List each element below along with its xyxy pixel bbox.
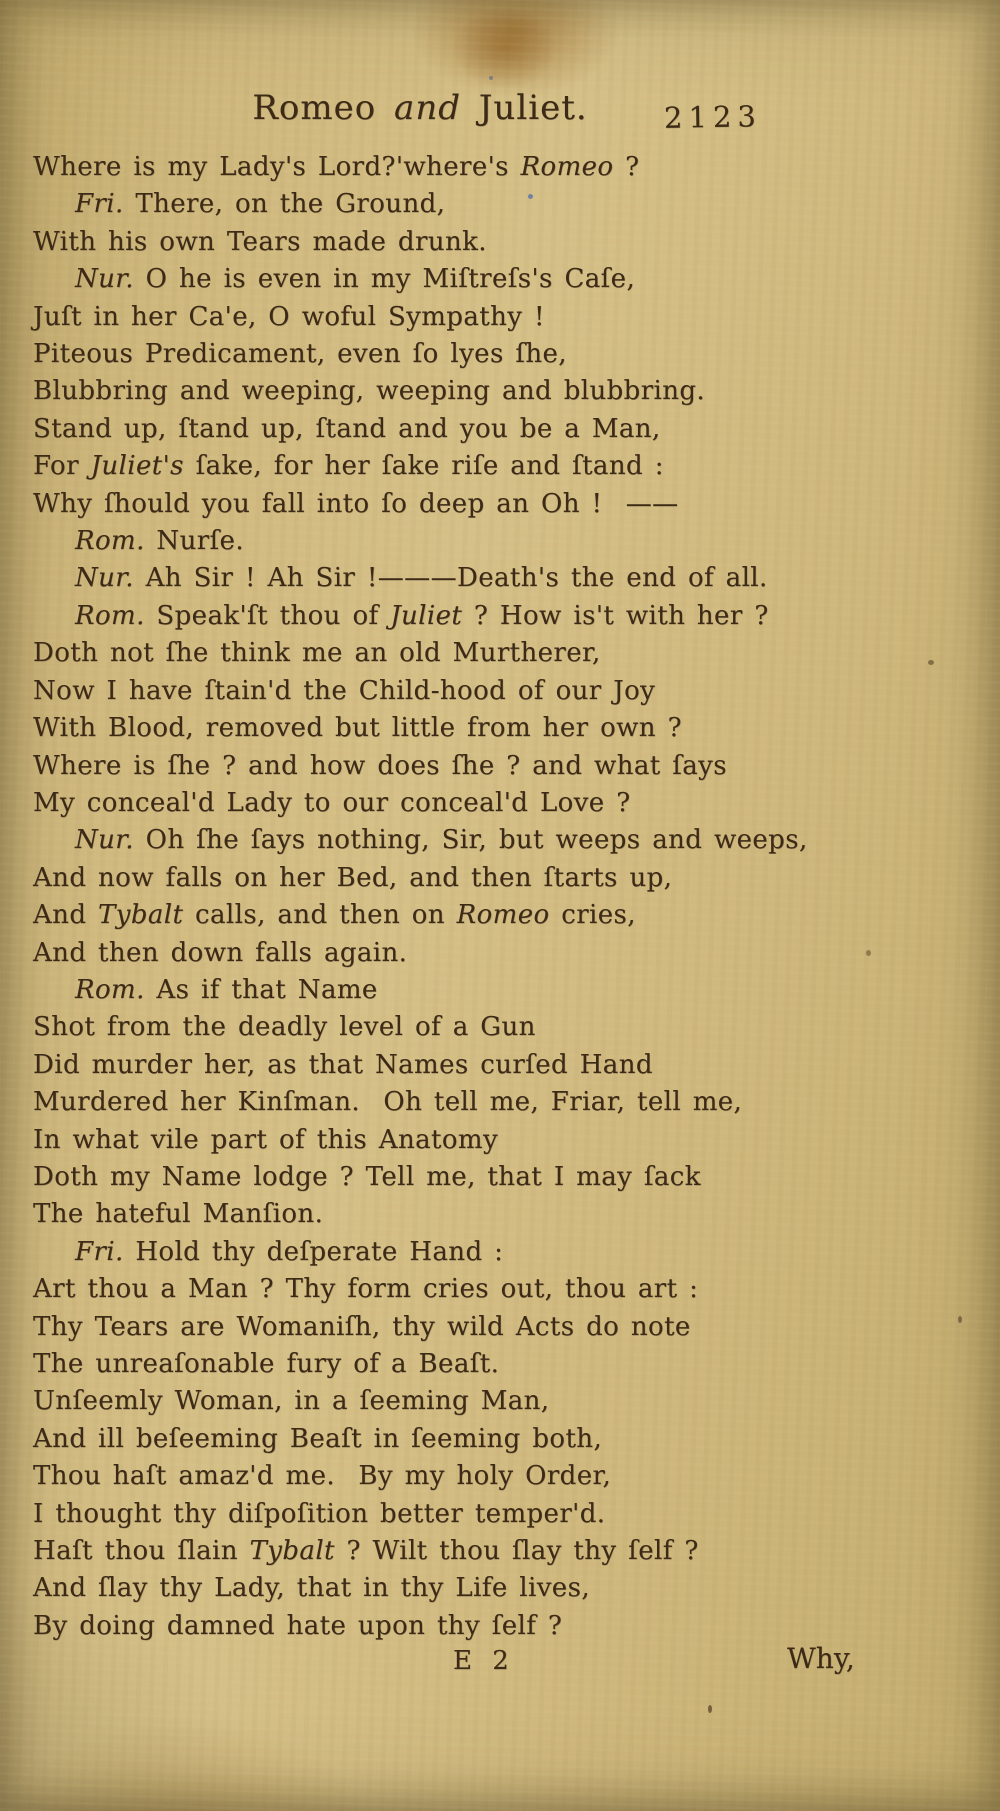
text-line: Stand up, ſtand up, ſtand and you be a M…: [33, 411, 883, 448]
text-line: Now I have ſtain'd the Child-hood of our…: [33, 673, 883, 710]
roman-text: O he is even in my Miſtreſs's Caſe,: [134, 264, 635, 294]
italic-text: Juliet: [390, 601, 462, 631]
roman-text: cries,: [550, 900, 636, 930]
text-line: And now falls on her Bed, and then ſtart…: [33, 860, 883, 897]
text-line: Juſt in her Ca'e, O woful Sympathy !: [33, 299, 883, 336]
text-line: Thou haſt amaz'd me. By my holy Order,: [33, 1458, 883, 1495]
roman-text: Unſeemly Woman, in a ſeeming Man,: [33, 1386, 549, 1416]
italic-text: Juliet's: [91, 451, 184, 481]
text-line: Unſeemly Woman, in a ſeeming Man,: [33, 1383, 883, 1420]
ink-speck: [928, 660, 934, 665]
book-page: Romeo and Juliet. 2123 Where is my Lady'…: [0, 0, 1000, 1811]
roman-text: Thy Tears are Womaniſh, thy wild Acts do…: [33, 1312, 691, 1342]
roman-text: And now falls on her Bed, and then ſtart…: [33, 863, 672, 893]
roman-text: In what vile part of this Anatomy: [33, 1125, 498, 1155]
italic-text: Romeo: [457, 900, 550, 930]
roman-text: Blubbring and weeping, weeping and blubb…: [33, 376, 705, 406]
roman-text: There, on the Ground,: [124, 189, 446, 219]
roman-text: And: [33, 900, 98, 930]
roman-text: And then down falls again.: [33, 938, 407, 968]
roman-text: Stand up, ſtand up, ſtand and you be a M…: [33, 414, 661, 444]
roman-text: Shot from the deadly level of a Gun: [33, 1012, 536, 1042]
signature-mark: E 2: [453, 1646, 515, 1676]
text-line: Piteous Predicament, even ſo lyes ſhe,: [33, 336, 883, 373]
roman-text: The hateful Manſion.: [33, 1199, 323, 1229]
text-line: Rom. Speak'ſt thou of Juliet ? How is't …: [33, 598, 883, 635]
italic-text: Fri.: [75, 1237, 124, 1267]
text-line: By doing damned hate upon thy ſelf ?: [33, 1608, 883, 1645]
roman-text: My conceal'd Lady to our conceal'd Love …: [33, 788, 631, 818]
text-line: Fri. There, on the Ground,: [33, 186, 883, 223]
text-line: Doth not ſhe think me an old Murtherer,: [33, 635, 883, 672]
italic-text: Rom.: [75, 526, 145, 556]
text-line: I thought thy diſpoſition better temper'…: [33, 1496, 883, 1533]
roman-text: Ah Sir ! Ah Sir !———Death's the end of a…: [134, 563, 768, 593]
roman-text: Murdered her Kinſman. Oh tell me, Friar,…: [33, 1087, 742, 1117]
text-line: Doth my Name lodge ? Tell me, that I may…: [33, 1159, 883, 1196]
text-line: Fri. Hold thy deſperate Hand :: [33, 1234, 883, 1271]
roman-text: Now I have ſtain'd the Child-hood of our…: [33, 676, 655, 706]
text-line: My conceal'd Lady to our conceal'd Love …: [33, 785, 883, 822]
text-line: And ill beſeeming Beaſt in ſeeming both,: [33, 1421, 883, 1458]
italic-text: Rom.: [75, 975, 145, 1005]
text-line: Blubbring and weeping, weeping and blubb…: [33, 373, 883, 410]
text-line: Did murder her, as that Names curſed Han…: [33, 1047, 883, 1084]
roman-text: Doth my Name lodge ? Tell me, that I may…: [33, 1162, 701, 1192]
roman-text: And ſlay thy Lady, that in thy Life live…: [33, 1573, 590, 1603]
text-line: Where is ſhe ? and how does ſhe ? and wh…: [33, 748, 883, 785]
italic-text: Romeo: [521, 152, 614, 182]
text-line: Why ſhould you fall into ſo deep an Oh !…: [33, 486, 883, 523]
page-number: 2123: [664, 99, 762, 135]
running-title-right: Juliet.: [461, 88, 588, 128]
text-line: With his own Tears made drunk.: [33, 224, 883, 261]
text-line: In what vile part of this Anatomy: [33, 1122, 883, 1159]
text-line: Rom. As if that Name: [33, 972, 883, 1009]
roman-text: Haſt thou ſlain: [33, 1536, 250, 1566]
roman-text: Juſt in her Ca'e, O woful Sympathy !: [33, 302, 545, 332]
roman-text: Nurſe.: [145, 526, 244, 556]
text-line: For Juliet's ſake, for her ſake riſe and…: [33, 448, 883, 485]
text-line: The hateful Manſion.: [33, 1196, 883, 1233]
roman-text: The unreaſonable fury of a Beaſt.: [33, 1349, 499, 1379]
roman-text: Where is my Lady's Lord?'where's: [33, 152, 521, 182]
roman-text: Piteous Predicament, even ſo lyes ſhe,: [33, 339, 567, 369]
text-line: Nur. Oh ſhe ſays nothing, Sir, but weeps…: [33, 822, 883, 859]
roman-text: ? Wilt thou ſlay thy ſelf ?: [335, 1536, 699, 1566]
roman-text: ?: [614, 152, 640, 182]
roman-text: Art thou a Man ? Thy form cries out, tho…: [33, 1274, 698, 1304]
text-line: With Blood, removed but little from her …: [33, 710, 883, 747]
roman-text: Speak'ſt thou of: [145, 601, 390, 631]
roman-text: Doth not ſhe think me an old Murtherer,: [33, 638, 601, 668]
roman-text: Hold thy deſperate Hand :: [124, 1237, 504, 1267]
catchword: Why,: [787, 1642, 855, 1675]
text-line: Rom. Nurſe.: [33, 523, 883, 560]
roman-text: I thought thy diſpoſition better temper'…: [33, 1499, 605, 1529]
italic-text: Nur.: [75, 264, 134, 294]
text-line: Thy Tears are Womaniſh, thy wild Acts do…: [33, 1309, 883, 1346]
roman-text: By doing damned hate upon thy ſelf ?: [33, 1611, 562, 1641]
roman-text: ſake, for her ſake riſe and ſtand :: [184, 451, 664, 481]
roman-text: For: [33, 451, 91, 481]
italic-text: Nur.: [75, 825, 134, 855]
text-block: Where is my Lady's Lord?'where's Romeo ?…: [33, 149, 883, 1645]
roman-text: As if that Name: [145, 975, 378, 1005]
roman-text: And ill beſeeming Beaſt in ſeeming both,: [33, 1424, 602, 1454]
text-line: And then down falls again.: [33, 935, 883, 972]
roman-text: Why ſhould you fall into ſo deep an Oh !…: [33, 489, 679, 519]
text-line: And ſlay thy Lady, that in thy Life live…: [33, 1570, 883, 1607]
roman-text: With his own Tears made drunk.: [33, 227, 487, 257]
text-line: Where is my Lady's Lord?'where's Romeo ?: [33, 149, 883, 186]
text-line: And Tybalt calls, and then on Romeo crie…: [33, 897, 883, 934]
italic-text: Fri.: [75, 189, 124, 219]
running-title-left: Romeo: [252, 88, 394, 128]
text-line: Haſt thou ſlain Tybalt ? Wilt thou ſlay …: [33, 1533, 883, 1570]
text-line: The unreaſonable fury of a Beaſt.: [33, 1346, 883, 1383]
text-line: Art thou a Man ? Thy form cries out, tho…: [33, 1271, 883, 1308]
italic-text: Tybalt: [250, 1536, 335, 1566]
ink-speck: [708, 1705, 712, 1713]
roman-text: Where is ſhe ? and how does ſhe ? and wh…: [33, 751, 727, 781]
italic-text: Tybalt: [98, 900, 183, 930]
roman-text: calls, and then on: [183, 900, 456, 930]
ink-speck: [958, 1316, 962, 1323]
text-line: Murdered her Kinſman. Oh tell me, Friar,…: [33, 1084, 883, 1121]
text-line: Nur. O he is even in my Miſtreſs's Caſe,: [33, 261, 883, 298]
roman-text: Did murder her, as that Names curſed Han…: [33, 1050, 653, 1080]
roman-text: With Blood, removed but little from her …: [33, 713, 682, 743]
ink-speck: [489, 76, 493, 80]
roman-text: ? How is't with her ?: [462, 601, 768, 631]
italic-text: Rom.: [75, 601, 145, 631]
italic-text: Nur.: [75, 563, 134, 593]
roman-text: Oh ſhe ſays nothing, Sir, but weeps and …: [134, 825, 808, 855]
roman-text: Thou haſt amaz'd me. By my holy Order,: [33, 1461, 611, 1491]
text-line: Nur. Ah Sir ! Ah Sir !———Death's the end…: [33, 560, 883, 597]
running-title-and: and: [394, 88, 461, 128]
text-line: Shot from the deadly level of a Gun: [33, 1009, 883, 1046]
